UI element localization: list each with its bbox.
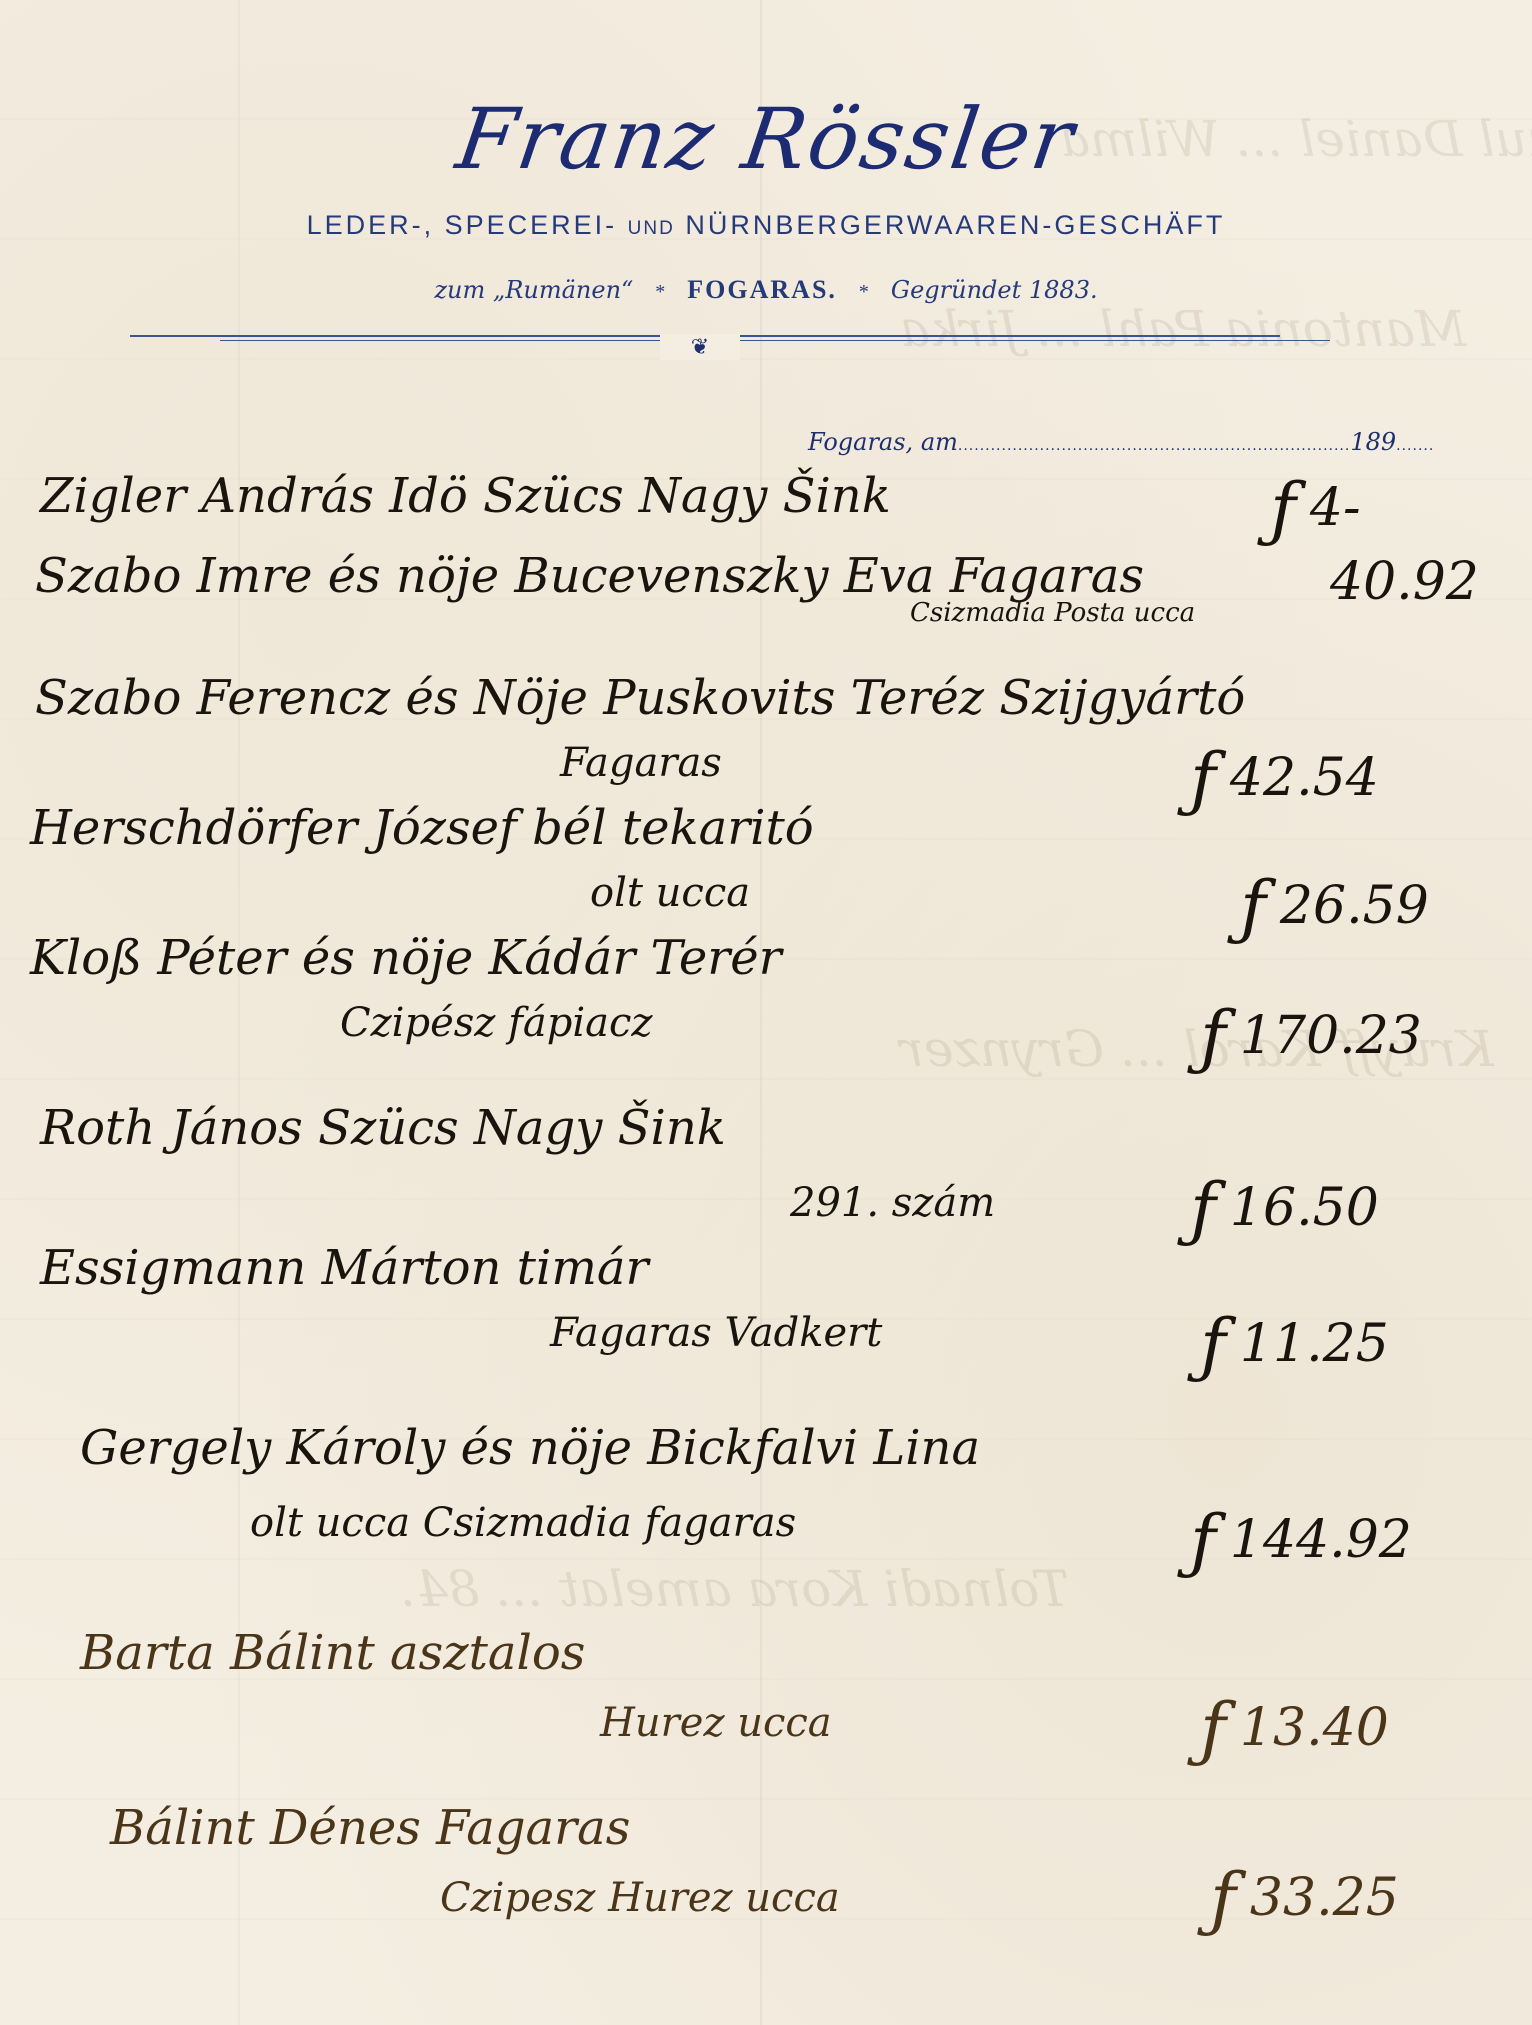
amount-value: 170.23	[1240, 1006, 1422, 1066]
entry-amount: 40.92	[1330, 552, 1479, 612]
trade-text-1: LEDER-, SPECEREI-	[307, 210, 618, 240]
bleed-through-text: Mantonia Pahl ... Jirka	[900, 300, 1466, 358]
entry-address-line: Czipész fápiacz	[340, 1000, 652, 1046]
entry-address-line: Czipesz Hurez ucca	[440, 1875, 840, 1921]
entry-name-line: Roth János Szücs Nagy Šink	[40, 1100, 726, 1156]
date-place: Fogaras,	[808, 428, 913, 456]
date-blank: ........................................…	[958, 438, 1350, 454]
letterhead-trade-line: LEDER-, SPECEREI- UND NÜRNBERGERWAAREN-G…	[0, 210, 1532, 241]
entry-address-line: olt ucca	[590, 870, 750, 916]
amount-value: 33.25	[1250, 1868, 1399, 1928]
entry-name-line: Essigmann Márton timár	[40, 1240, 648, 1296]
entry-address-line: Fagaras	[560, 740, 722, 786]
florin-symbol: ƒ	[1190, 738, 1216, 820]
entry-address-line: Csizmadia Posta ucca	[910, 598, 1195, 628]
amount-value: 11.25	[1240, 1314, 1389, 1374]
florin-symbol: ƒ	[1190, 1500, 1216, 1582]
entry-name-line: Bálint Dénes Fagaras	[110, 1800, 630, 1856]
entry-address-line: olt ucca Csizmadia fagaras	[250, 1500, 796, 1546]
amount-value: 16.50	[1230, 1178, 1379, 1238]
trade-und: UND	[628, 218, 675, 239]
city-name: FOGARAS.	[687, 275, 837, 304]
florin-symbol: ƒ	[1190, 1168, 1216, 1250]
entry-amount: ƒ11.25	[1200, 1296, 1389, 1378]
florin-symbol: ƒ	[1200, 1304, 1226, 1386]
asterisk-icon: *	[859, 281, 869, 303]
florin-symbol: ƒ	[1210, 1858, 1236, 1940]
amount-value: 13.40	[1240, 1698, 1389, 1758]
entry-amount: ƒ16.50	[1190, 1160, 1379, 1242]
founded-year: Gegründet 1883.	[891, 276, 1098, 304]
entry-amount: ƒ42.54	[1190, 730, 1379, 812]
letterhead-subline: zum „Rumänen“ * FOGARAS. * Gegründet 188…	[0, 275, 1532, 305]
flourish-ornament-icon: ❦	[660, 334, 740, 360]
entry-amount: ƒ13.40	[1200, 1680, 1389, 1762]
florin-symbol: ƒ	[1200, 996, 1226, 1078]
amount-value: 42.54	[1230, 748, 1379, 808]
date-year-prefix: 189	[1350, 428, 1396, 456]
letterhead-company-name: Franz Rössler	[0, 90, 1532, 188]
entry-name-line: Szabo Imre és nöje Bucevenszky Eva Fagar…	[35, 548, 1144, 604]
entry-amount: ƒ26.59	[1240, 858, 1429, 940]
entry-amount: ƒ144.92	[1190, 1492, 1412, 1574]
date-line: Fogaras, am.............................…	[808, 428, 1434, 456]
entry-amount: ƒ4-	[1270, 460, 1361, 542]
entry-address-line: Hurez ucca	[600, 1700, 832, 1746]
entry-name-line: Herschdörfer József bél tekaritó	[30, 800, 814, 856]
asterisk-icon: *	[655, 281, 665, 303]
entry-amount: ƒ170.23	[1200, 988, 1422, 1070]
entry-address-line: 291. szám	[790, 1180, 995, 1226]
amount-value: 4-	[1310, 478, 1361, 538]
entry-name-line: Barta Bálint asztalos	[80, 1625, 585, 1681]
florin-symbol: ƒ	[1240, 866, 1266, 948]
entry-address-line: Fagaras Vadkert	[550, 1310, 882, 1356]
amount-value: 40.92	[1330, 552, 1479, 612]
letterhead-rule	[220, 340, 1330, 341]
amount-value: 144.92	[1230, 1510, 1412, 1570]
entry-name-line: Zigler András Idö Szücs Nagy Šink	[40, 468, 891, 524]
bleed-through-text: Tolnadi Kora amelat ... 84.	[400, 1560, 1069, 1618]
shop-sign: zum „Rumänen“	[434, 276, 633, 304]
florin-symbol: ƒ	[1270, 468, 1296, 550]
trade-text-2: NÜRNBERGERWAAREN-GESCHÄFT	[685, 210, 1225, 240]
date-blank: .......	[1396, 438, 1434, 454]
entry-name-line: Kloß Péter és nöje Kádár Terér	[30, 930, 782, 986]
florin-symbol: ƒ	[1200, 1688, 1226, 1770]
entry-name-line: Gergely Károly és nöje Bickfalvi Lina	[80, 1420, 980, 1476]
entry-name-line: Szabo Ferencz és Nöje Puskovits Teréz Sz…	[35, 670, 1245, 726]
amount-value: 26.59	[1280, 876, 1429, 936]
entry-amount: ƒ33.25	[1210, 1850, 1399, 1932]
date-am: am	[921, 428, 958, 456]
